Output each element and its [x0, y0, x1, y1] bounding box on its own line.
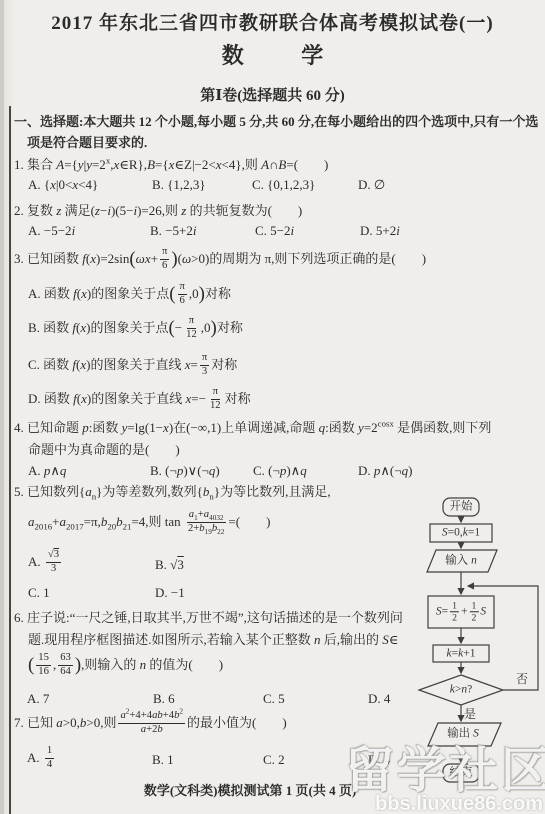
question-2-option-a: A. −5−2i	[28, 221, 75, 241]
question-3-option-b: B. 函数 f(x)的图象关于点(−π12,0)对称	[28, 315, 243, 342]
flowchart-init-label: S=0,k=1	[442, 527, 480, 539]
flowchart-input-label: 输入 n	[445, 555, 477, 567]
question-3-stem: 3. 已知函数 f(x)=2sin(ωx+π6)(ω>0)的周期为 π,则下列选…	[14, 246, 426, 273]
question-7-option-c: C. 2	[263, 750, 285, 770]
flowchart-output-label: 输出 S	[447, 728, 479, 740]
question-5-option-c: C. 1	[28, 583, 50, 603]
section-title: 第Ⅰ卷(选择题共 60 分)	[0, 86, 545, 106]
question-7-stem: 7. 已知 a>0,b>0,则a2+4+4ab+4b2a+2b的最小值为( )	[14, 710, 287, 737]
scan-edge	[0, 0, 4, 814]
paper-title: 2017 年东北三省四市教研联合体高考模拟试卷(一)	[0, 14, 545, 34]
question-1-stem: 1. 集合 A={y|y=2x,x∈R},B={x∈Z|−2<x<4},则 A∩…	[14, 155, 328, 175]
question-5-stem-formula: a2016+a2017=π,b20b21=4,则 tan a1+a40322+b…	[28, 506, 270, 538]
question-7-option-b: B. 1	[152, 750, 174, 770]
question-5-option-a: A. √33	[28, 549, 63, 576]
question-6-option-a: A. 7	[27, 689, 49, 709]
question-1-option-a: A. {x|0<x<4}	[28, 175, 98, 195]
question-6-stem-line-1: 6. 庄子说:“一尺之锤,日取其半,万世不竭”,这句话描述的是一个数列问	[14, 608, 403, 628]
question-5-stem-line-1: 5. 已知数列{an}为等差数列,数列{bn}为等比数列,且满足,	[14, 482, 331, 502]
question-7-option-a: A. 14	[27, 745, 56, 772]
question-6-stem-line-2: 题.现用程序框图描述.如图所示,若输入某个正整数 n 后,输出的 S∈	[28, 630, 398, 650]
exam-paper-page: 2017 年东北三省四市教研联合体高考模拟试卷(一) 数 学 第Ⅰ卷(选择题共 …	[0, 0, 545, 814]
program-flowchart: 开始 S=0,k=1 输入 n S=12+12S k=k+1 k>n? 是 否 …	[400, 486, 545, 814]
question-2-option-d: D. 5+2i	[360, 221, 400, 241]
question-7-option-d: D. 4	[368, 750, 390, 770]
question-5-option-d: D. −1	[155, 583, 185, 603]
question-1-option-b: B. {1,2,3}	[152, 175, 206, 195]
question-4-option-c: C. (¬p)∧q	[253, 461, 307, 481]
question-1-option-d: D. ∅	[358, 175, 385, 195]
question-4-option-b: B. (¬p)∨(¬q)	[150, 461, 220, 481]
question-3-option-a: A. 函数 f(x)的图象关于点(π6,0)对称	[28, 281, 231, 308]
question-6-option-d: D. 4	[368, 689, 390, 709]
subject-title: 数 学	[0, 46, 545, 66]
question-2-option-b: B. −5+2i	[150, 221, 196, 241]
question-4-option-a: A. p∧q	[28, 461, 66, 481]
question-6-option-b: B. 6	[153, 689, 175, 709]
left-margin-rule	[9, 106, 11, 814]
flowchart-no-label: 否	[516, 673, 528, 685]
question-1-option-c: C. {0,1,2,3}	[252, 175, 315, 195]
flowchart-increment-label: k=k+1	[447, 648, 476, 660]
question-3-option-d: D. 函数 f(x)的图象关于直线 x=−π12对称	[28, 386, 251, 413]
question-6-option-c: C. 5	[263, 689, 285, 709]
question-4-stem-line-2: 命题中为真命题的是( )	[28, 440, 180, 460]
question-4-stem-line-1: 4. 已知命题 p:函数 y=lg(1−x)在(−∞,1)上单调递减,命题 q:…	[14, 418, 491, 438]
question-6-stem-line-3: (1516,6364),则输入的 n 的值为( )	[28, 652, 223, 679]
question-3-option-c: C. 函数 f(x)的图象关于直线 x=π3对称	[28, 352, 237, 379]
question-2-option-c: C. 5−2i	[255, 221, 294, 241]
instructions-line-2: 项是符合题目要求的.	[27, 133, 147, 153]
question-4-option-d: D. p∧(¬q)	[358, 461, 412, 481]
instructions-line-1: 一、选择题:本大题共 12 个小题,每小题 5 分,共 60 分,在每小题给出的…	[14, 112, 538, 132]
flowchart-decision-label: k>n?	[450, 684, 472, 696]
flowchart-start-label: 开始	[450, 501, 473, 513]
question-2-stem: 2. 复数 z 满足(z−i)(5−i)=26,则 z 的共轭复数为( )	[14, 201, 302, 221]
flowchart-end-label: 结束	[450, 767, 473, 779]
flowchart-process-label: S=12+12S	[436, 600, 486, 623]
flowchart-yes-label: 是	[464, 708, 476, 720]
question-5-option-b: B. √3	[155, 555, 184, 575]
